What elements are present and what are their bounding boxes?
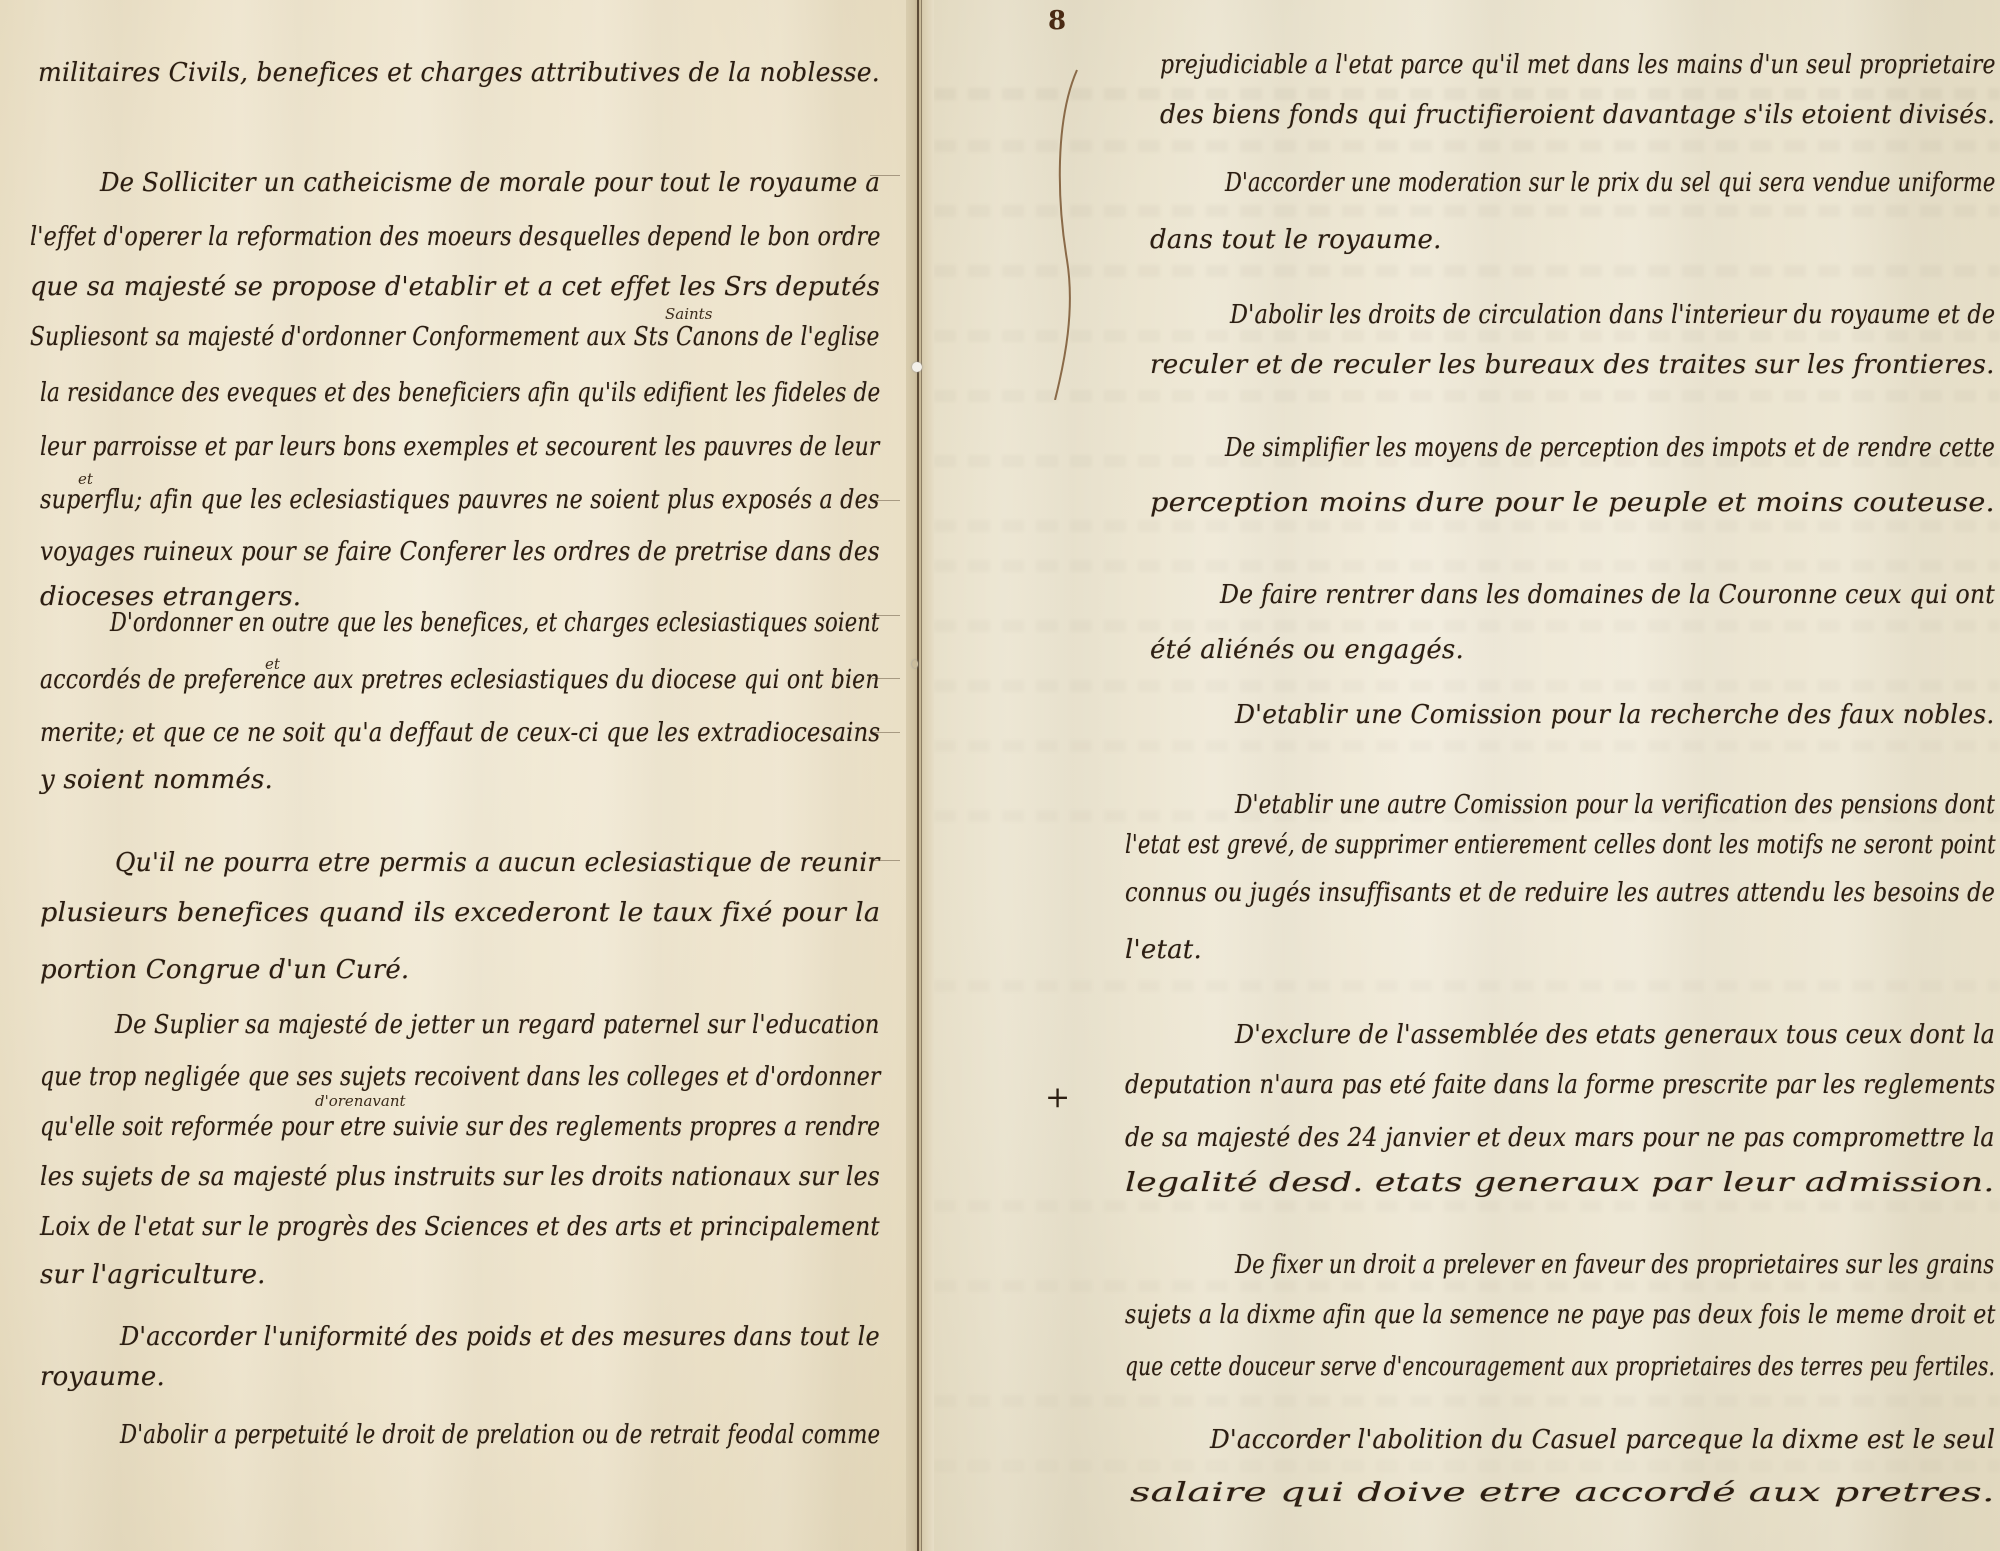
manuscript-line: militaires Civils, benefices et charges …	[38, 58, 880, 88]
manuscript-line: De fixer un droit a prelever en faveur d…	[1235, 1250, 1994, 1280]
manuscript-line: deputation n'aura pas eté faite dans la …	[1125, 1070, 1995, 1100]
manuscript-line: portion Congrue d'un Curé.	[40, 955, 409, 985]
manuscript-line: dans tout le royaume.	[1150, 225, 1442, 255]
interlinear-insertion: Saints	[665, 305, 712, 323]
manuscript-line: prejudiciable a l'etat parce qu'il met d…	[1160, 50, 1996, 80]
manuscript-line: plusieurs benefices quand ils excederont…	[40, 898, 880, 928]
manuscript-line: été aliénés ou engagés.	[1150, 635, 1464, 665]
manuscript-line: Supliesont sa majesté d'ordonner Conform…	[30, 322, 880, 352]
margin-cross-mark: +	[1045, 1080, 1070, 1115]
manuscript-line: merite; et que ce ne soit qu'a deffaut d…	[40, 718, 880, 748]
interlinear-insertion: et	[78, 470, 93, 488]
manuscript-line: D'accorder l'uniformité des poids et des…	[120, 1322, 880, 1352]
fold-line	[921, 0, 922, 1551]
manuscript-line: De simplifier les moyens de perception d…	[1225, 433, 1995, 463]
manuscript-line: que cette douceur serve d'encouragement …	[1125, 1352, 1995, 1382]
manuscript-line: De Suplier sa majesté de jetter un regar…	[115, 1010, 880, 1040]
manuscript-line: qu'elle soit reformée pour etre suivie s…	[40, 1112, 880, 1142]
manuscript-line: les sujets de sa majesté plus instruits …	[40, 1162, 880, 1192]
manuscript-line: reculer et de reculer les bureaux des tr…	[1150, 350, 1995, 380]
manuscript-line: Loix de l'etat sur le progrès des Scienc…	[40, 1212, 880, 1242]
manuscript-line: legalité desd. etats generaux par leur a…	[1125, 1168, 1995, 1198]
manuscript-line: D'etablir une Comission pour la recherch…	[1235, 700, 1994, 730]
manuscript-line: de sa majesté des 24 janvier et deux mar…	[1125, 1123, 1995, 1153]
manuscript-line: D'accorder l'abolition du Casuel parcequ…	[1210, 1425, 1995, 1455]
manuscript-line: leur parroisse et par leurs bons exemple…	[40, 432, 880, 462]
manuscript-line: voyages ruineux pour se faire Conferer l…	[40, 537, 880, 567]
manuscript-line: l'effet d'operer la reformation des moeu…	[30, 222, 881, 252]
manuscript-line: D'etablir une autre Comission pour la ve…	[1235, 790, 1995, 820]
manuscript-line: D'abolir les droits de circulation dans …	[1230, 300, 1995, 330]
manuscript-line: D'accorder une moderation sur le prix du…	[1225, 168, 1995, 198]
folio-number: 8	[1048, 6, 1066, 36]
manuscript-line: superflu; afin que les eclesiastiques pa…	[40, 485, 879, 515]
manuscript-line: l'etat est grevé, de supprimer entiereme…	[1125, 830, 1996, 860]
margin-bracket-mark	[1045, 60, 1085, 400]
manuscript-line: des biens fonds qui fructifieroient dava…	[1160, 100, 1995, 130]
binding-pin-hole	[912, 362, 922, 372]
fold-line	[917, 0, 919, 1551]
manuscript-line: accordés de preference aux pretres ecles…	[40, 665, 880, 695]
manuscript-line: sujets a la dixme afin que la semence ne…	[1125, 1300, 1995, 1330]
manuscript-line: D'exclure de l'assemblée des etats gener…	[1235, 1020, 1995, 1050]
manuscript-line: Qu'il ne pourra etre permis a aucun ecle…	[115, 848, 880, 878]
interlinear-insertion: et	[265, 655, 280, 673]
manuscript-line: sur l'agriculture.	[40, 1260, 266, 1290]
manuscript-line: De Solliciter un catheicisme de morale p…	[100, 168, 880, 198]
manuscript-line: que sa majesté se propose d'etablir et a…	[30, 272, 880, 302]
manuscript-line: royaume.	[40, 1362, 165, 1392]
manuscript-line: D'ordonner en outre que les benefices, e…	[110, 608, 880, 638]
manuscript-line: perception moins dure pour le peuple et …	[1150, 488, 1995, 518]
manuscript-line: De faire rentrer dans les domaines de la…	[1220, 580, 1995, 610]
manuscript-line: que trop negligée que ses sujets recoive…	[40, 1062, 881, 1092]
manuscript-line: la residance des eveques et des benefici…	[40, 378, 880, 408]
manuscript-line: salaire qui doive etre accordé aux pretr…	[1130, 1478, 1995, 1508]
binding-gutter	[906, 0, 934, 1551]
manuscript-line: y soient nommés.	[40, 765, 273, 795]
binding-stitch	[912, 660, 918, 668]
interlinear-insertion: d'orenavant	[315, 1092, 406, 1110]
manuscript-line: l'etat.	[1125, 935, 1202, 965]
manuscript-line: D'abolir a perpetuité le droit de prelat…	[120, 1420, 880, 1450]
manuscript-line: connus ou jugés insuffisants et de redui…	[1125, 878, 1995, 908]
